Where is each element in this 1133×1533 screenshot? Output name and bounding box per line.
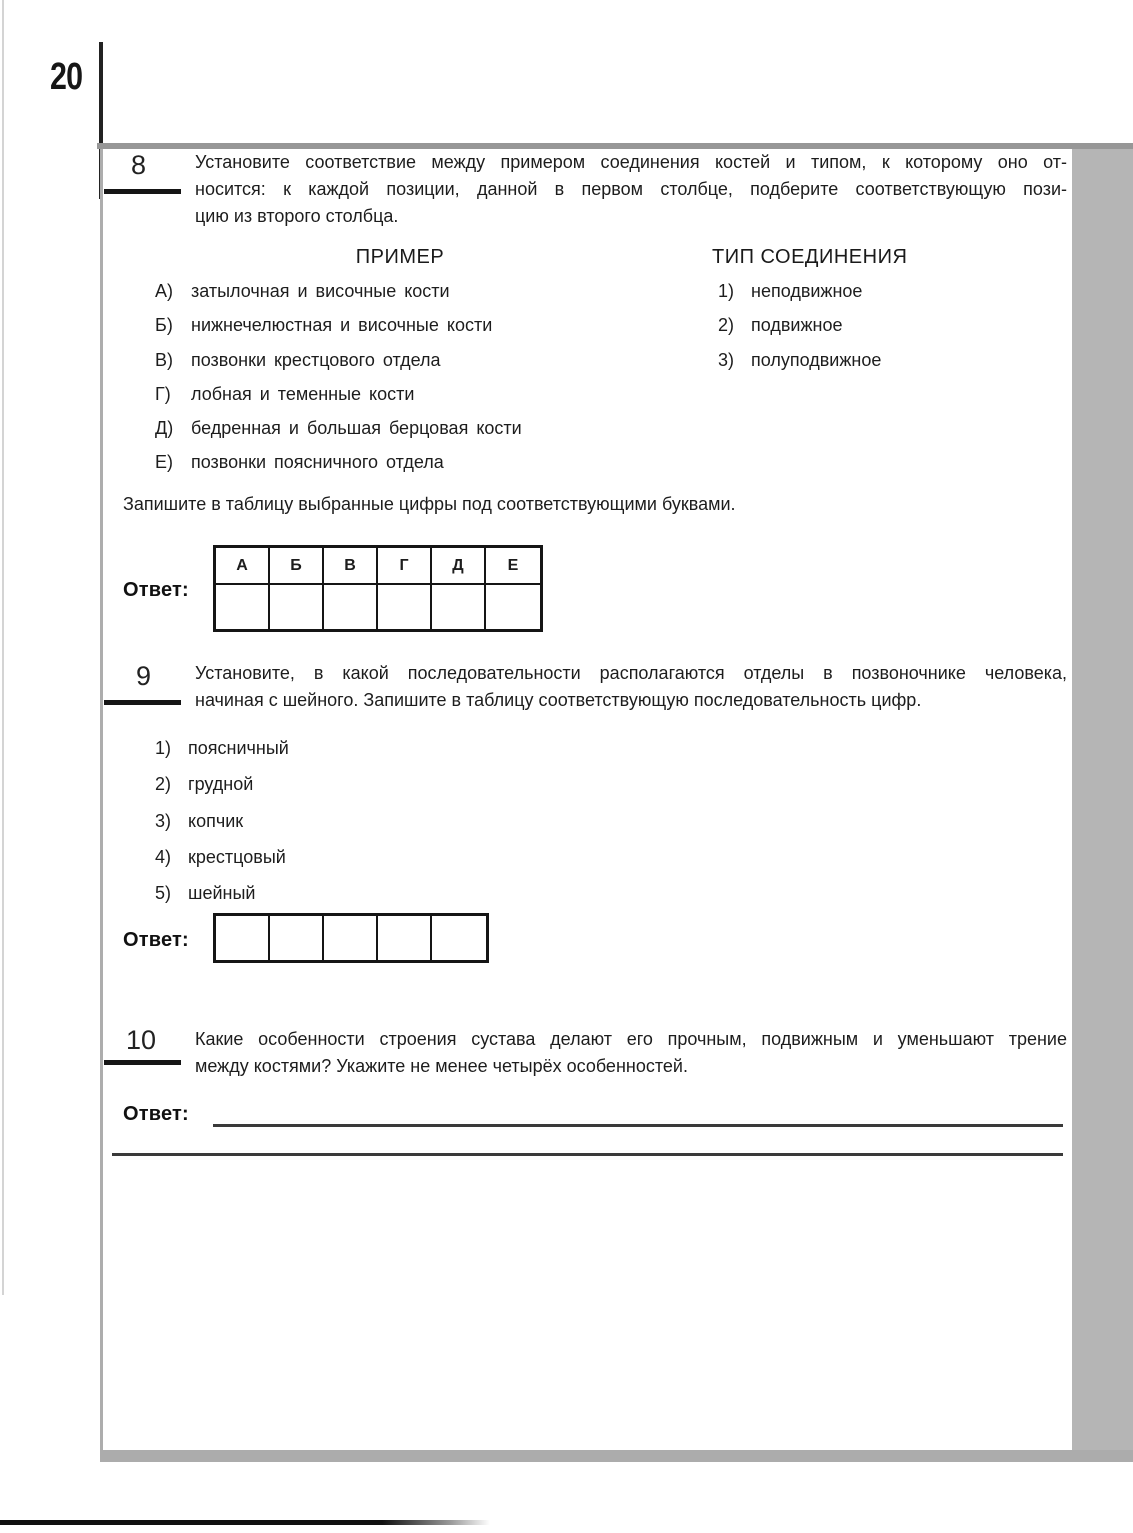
item-text: шейный [188, 883, 255, 904]
question-8-prompt-line: Установите соответствие между примером с… [195, 149, 1067, 176]
question-8-rule [104, 189, 181, 194]
list-item: 1) неподвижное [718, 281, 881, 315]
workbook-page: 20 8 Установите соответствие между приме… [0, 0, 1133, 1533]
question-9-answer-table [213, 913, 489, 963]
item-letter: Б) [155, 315, 191, 336]
scan-left-edge-line [2, 0, 4, 1295]
list-item: Д) бедренная и большая берцовая кости [155, 418, 522, 452]
list-item: 1) поясничный [155, 738, 289, 774]
question-8-prompt: Установите соответствие между примером с… [195, 149, 1067, 229]
item-text: позвонки крестцового отдела [191, 350, 441, 371]
answer-table-header: Д [432, 548, 486, 585]
answer-table-header: Е [486, 548, 540, 585]
answer-table-header: Г [378, 548, 432, 585]
item-number: 4) [155, 847, 188, 868]
list-item: 4) крестцовый [155, 847, 289, 883]
question-8-number: 8 [131, 150, 146, 181]
item-number: 2) [718, 315, 751, 336]
list-item: 2) подвижное [718, 315, 881, 349]
item-text: поясничный [188, 738, 289, 759]
question-9-prompt: Установите, в какой последовательности р… [195, 660, 1067, 714]
item-text: бедренная и большая берцовая кости [191, 418, 522, 439]
list-item: 3) полуподвижное [718, 350, 881, 384]
item-number: 1) [718, 281, 751, 302]
item-text: подвижное [751, 315, 843, 336]
question-8-example-list: А) затылочная и височные кости Б) нижнеч… [155, 281, 522, 487]
question-9-answer-label: Ответ: [123, 929, 189, 952]
item-text: нижнечелюстная и височные кости [191, 315, 492, 336]
content-frame-left-border [100, 149, 103, 1450]
question-9-rule [104, 700, 181, 705]
question-10-prompt-line: Какие особенности строения сустава делаю… [195, 1026, 1067, 1053]
example-column-header: ПРИМЕР [300, 246, 500, 269]
q8-answer-cell[interactable] [432, 585, 486, 629]
question-8-instruction: Запишите в таблицу выбранные цифры под с… [123, 494, 736, 515]
q8-answer-cell[interactable] [378, 585, 432, 629]
question-8-answer-table: А Б В Г Д Е [213, 545, 543, 632]
question-9-number: 9 [136, 661, 151, 692]
item-text: копчик [188, 811, 243, 832]
list-item: 3) копчик [155, 811, 289, 847]
item-text: неподвижное [751, 281, 862, 302]
q9-answer-cell[interactable] [432, 916, 486, 960]
q8-answer-cell[interactable] [270, 585, 324, 629]
list-item: Б) нижнечелюстная и височные кости [155, 315, 522, 349]
q9-answer-cell[interactable] [378, 916, 432, 960]
q9-answer-cell[interactable] [324, 916, 378, 960]
item-letter: А) [155, 281, 191, 302]
list-item: Е) позвонки поясничного отдела [155, 452, 522, 486]
item-number: 5) [155, 883, 188, 904]
question-9-prompt-line: Установите, в какой последовательности р… [195, 660, 1067, 687]
scan-bottom-line [0, 1520, 490, 1525]
item-text: позвонки поясничного отдела [191, 452, 444, 473]
item-text: грудной [188, 774, 253, 795]
page-number: 20 [50, 56, 82, 99]
list-item: Г) лобная и теменные кости [155, 384, 522, 418]
q8-answer-cell[interactable] [486, 585, 540, 629]
list-item: А) затылочная и височные кости [155, 281, 522, 315]
item-letter: Д) [155, 418, 191, 439]
question-10-number: 10 [126, 1025, 156, 1056]
item-number: 3) [718, 350, 751, 371]
q10-answer-line[interactable] [213, 1124, 1063, 1127]
item-text: крестцовый [188, 847, 286, 868]
item-number: 2) [155, 774, 188, 795]
item-letter: В) [155, 350, 191, 371]
item-text: затылочная и височные кости [191, 281, 450, 302]
item-text: лобная и теменные кости [191, 384, 414, 405]
question-9-prompt-line: начиная с шейного. Запишите в таблицу со… [195, 687, 1067, 714]
type-column-header: ТИП СОЕДИНЕНИЯ [712, 246, 907, 269]
question-10-prompt-line: между костями? Укажите не менее четырёх … [195, 1053, 1067, 1080]
q8-answer-cell[interactable] [324, 585, 378, 629]
answer-table-header: Б [270, 548, 324, 585]
answer-table-header: А [216, 548, 270, 585]
question-10-rule [104, 1060, 181, 1065]
item-text: полуподвижное [751, 350, 881, 371]
q8-answer-cell[interactable] [216, 585, 270, 629]
item-letter: Г) [155, 384, 191, 405]
list-item: 2) грудной [155, 774, 289, 810]
item-number: 1) [155, 738, 188, 759]
question-9-item-list: 1) поясничный 2) грудной 3) копчик 4) кр… [155, 738, 289, 919]
question-8-type-list: 1) неподвижное 2) подвижное 3) полуподви… [718, 281, 881, 384]
question-8-answer-label: Ответ: [123, 579, 189, 602]
question-8-prompt-line: цию из второго столбца. [195, 203, 1067, 230]
content-frame-right-band [1072, 149, 1133, 1462]
q10-answer-line[interactable] [112, 1153, 1063, 1156]
item-letter: Е) [155, 452, 191, 473]
q9-answer-cell[interactable] [270, 916, 324, 960]
list-item: В) позвонки крестцового отдела [155, 350, 522, 384]
question-10-prompt: Какие особенности строения сустава делаю… [195, 1026, 1067, 1080]
q9-answer-cell[interactable] [216, 916, 270, 960]
question-8-prompt-line: носится: к каждой позиции, данной в перв… [195, 176, 1067, 203]
question-10-answer-label: Ответ: [123, 1103, 189, 1126]
answer-table-header: В [324, 548, 378, 585]
content-frame-bottom-border [100, 1450, 1133, 1462]
item-number: 3) [155, 811, 188, 832]
